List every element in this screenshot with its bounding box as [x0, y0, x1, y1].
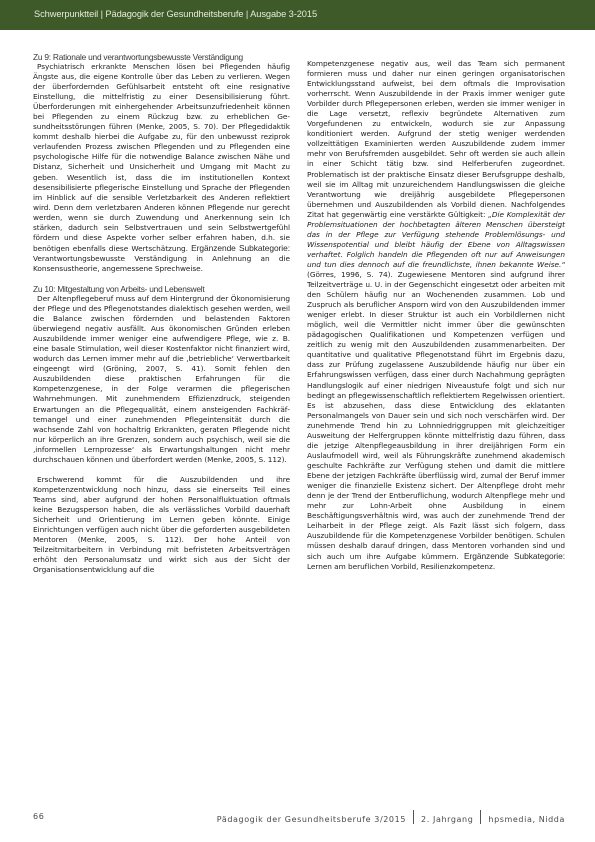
page-number: 66: [33, 812, 44, 821]
section-10-paragraph-2: Erschwerend kommt für die Auszubildenden…: [33, 475, 290, 575]
right-column-paragraph: Kompetenzgenese negativ aus, weil das Te…: [307, 59, 565, 572]
section-9-subcategory-label: Ergänzende Subkategorie:: [191, 243, 290, 253]
text-after-quote: (Görres, 1996, S. 74). Zuge­wiesene Ment…: [307, 270, 565, 561]
section-9-subcategory-text: Verantwortungsbewusste Verständigung in …: [33, 254, 290, 273]
text-before-quote: Kompetenzgenese negativ aus, weil das Te…: [307, 59, 565, 219]
publisher-label: hpsmedia, Nidda: [488, 815, 565, 824]
left-column: Zu 9: Rationale und verantwortungsbewuss…: [33, 52, 290, 575]
section-9-text: Psychiatrisch erkrankte Menschen lösen b…: [33, 62, 290, 253]
header-band: Schwerpunktteil | Pädagogik der Gesundhe…: [0, 0, 595, 30]
page-footer: 66 Pädagogik der Gesundheitsberufe 3/201…: [33, 812, 565, 826]
journal-title: Pädagogik der Gesundheitsberufe 3/2015: [217, 815, 406, 824]
right-column: Kompetenzgenese negativ aus, weil das Te…: [307, 59, 565, 572]
volume-label: 2. Jahrgang: [421, 815, 473, 824]
section-9-paragraph: Psychiatrisch erkrankte Menschen lösen b…: [33, 62, 290, 274]
section-10-heading: Zu 10: Mitgestaltung von Arbeits- und Le…: [33, 284, 290, 294]
right-subcategory-text: Lernen am beruflichen Vorbild, Resilienz…: [307, 562, 495, 571]
section-9-heading: Zu 9: Rationale und verantwortungsbewuss…: [33, 52, 290, 62]
running-title: Schwerpunktteil | Pädagogik der Gesundhe…: [34, 9, 317, 19]
right-subcategory-label: Er­gänzende Subkategorie:: [464, 551, 565, 561]
footer-divider: [413, 810, 414, 824]
section-10-paragraph-1: Der Altenpflegeberuf muss auf dem Hinter…: [33, 294, 290, 465]
footer-divider: [480, 810, 481, 824]
footer-info: Pädagogik der Gesundheitsberufe 3/2015 2…: [217, 812, 565, 826]
